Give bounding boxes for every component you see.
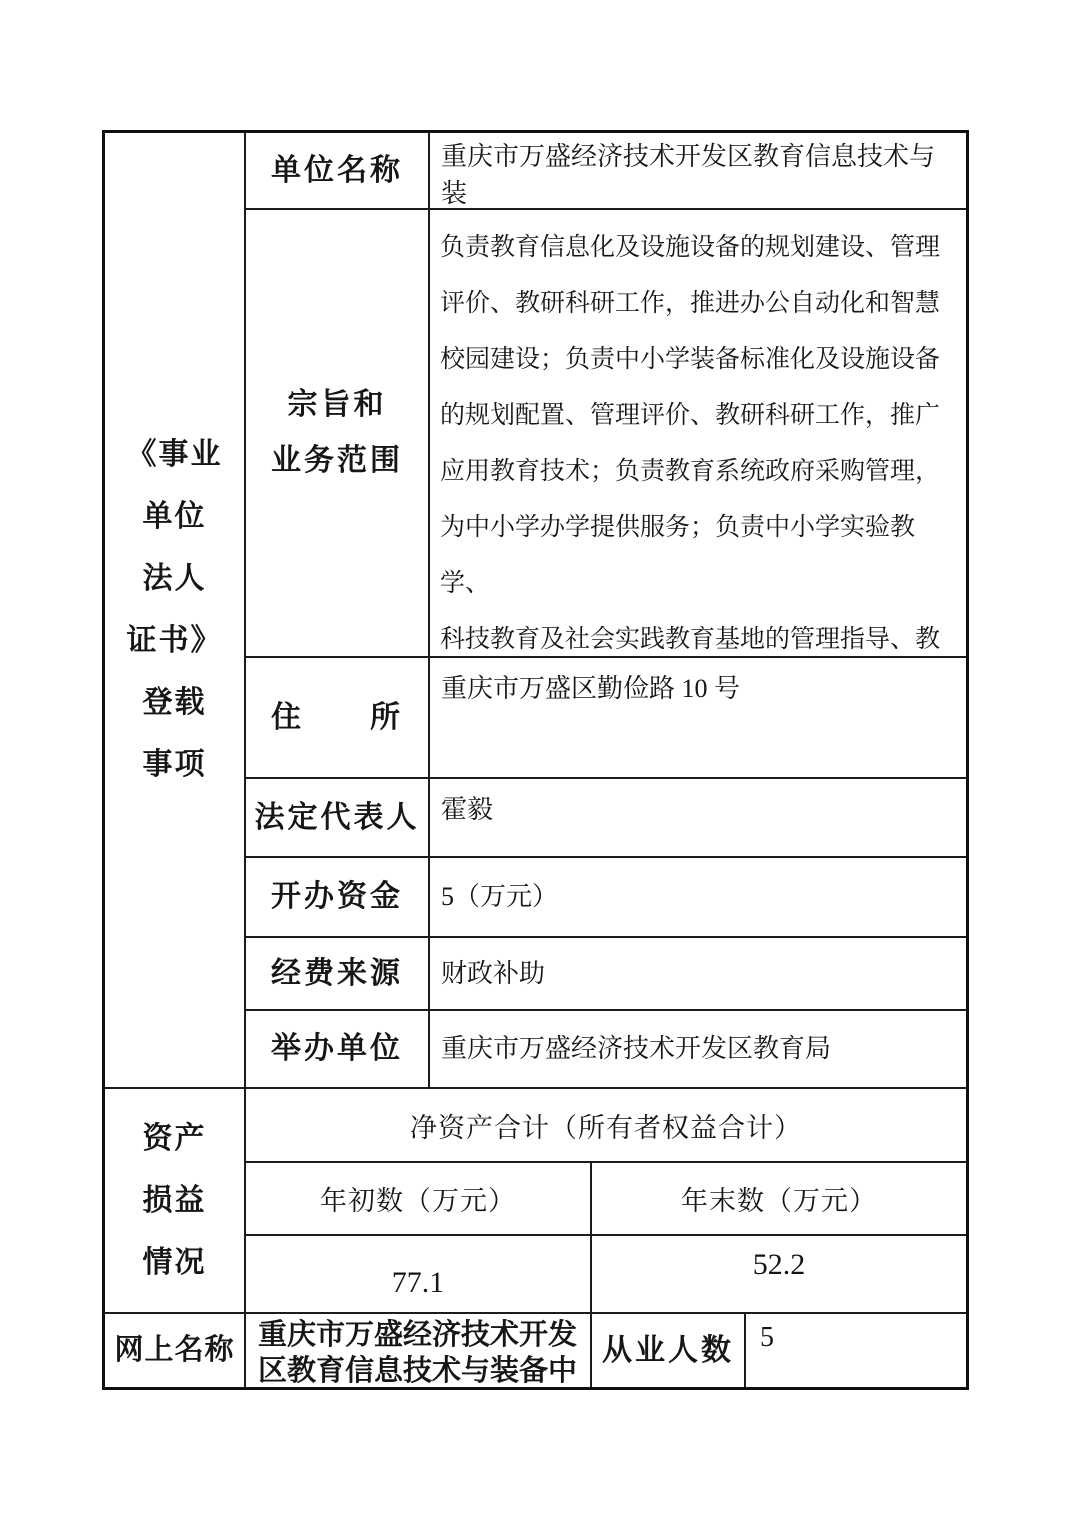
- registered-capital-value: 5（万元）: [430, 858, 966, 938]
- year-end-header: 年末数（万元）: [592, 1163, 966, 1236]
- staff-count-label: 从业人数: [592, 1314, 746, 1387]
- year-end-value: 52.2: [592, 1236, 966, 1314]
- registered-capital-label: 开办资金: [246, 858, 430, 938]
- online-name-value: 重庆市万盛经济技术开发 区教育信息技术与装备中: [246, 1314, 592, 1387]
- document-page: 《事业 单位 法人 证书》 登载 事项 单位名称 重庆市万盛经济技术开发区教育信…: [0, 0, 1074, 1520]
- cert-section-title: 《事业 单位 法人 证书》 登载 事项: [105, 133, 246, 1089]
- online-name-label: 网上名称: [105, 1314, 246, 1387]
- mission-value: 负责教育信息化及设施设备的规划建设、管理 评价、教研科研工作，推进办公自动化和智…: [430, 210, 966, 658]
- unit-name-label: 单位名称: [246, 133, 430, 210]
- funding-source-label: 经费来源: [246, 938, 430, 1011]
- address-value: 重庆市万盛区勤俭路 10 号: [430, 658, 966, 779]
- unit-name-value: 重庆市万盛经济技术开发区教育信息技术与装 备中心: [430, 133, 966, 210]
- legal-representative-value: 霍毅: [430, 779, 966, 858]
- organizer-value: 重庆市万盛经济技术开发区教育局: [430, 1011, 966, 1089]
- year-begin-header: 年初数（万元）: [246, 1163, 592, 1236]
- funding-source-value: 财政补助: [430, 938, 966, 1011]
- staff-count-value: 5: [746, 1314, 966, 1387]
- assets-section-title: 资产 损益 情况: [105, 1089, 246, 1314]
- certificate-table: 《事业 单位 法人 证书》 登载 事项 单位名称 重庆市万盛经济技术开发区教育信…: [102, 130, 969, 1390]
- year-begin-value: 77.1: [246, 1236, 592, 1314]
- mission-label: 宗旨和 业务范围: [246, 210, 430, 658]
- address-label: 住 所: [246, 658, 430, 779]
- legal-representative-label: 法定代表人: [246, 779, 430, 858]
- organizer-label: 举办单位: [246, 1011, 430, 1089]
- net-assets-total-header: 净资产合计（所有者权益合计）: [246, 1089, 966, 1163]
